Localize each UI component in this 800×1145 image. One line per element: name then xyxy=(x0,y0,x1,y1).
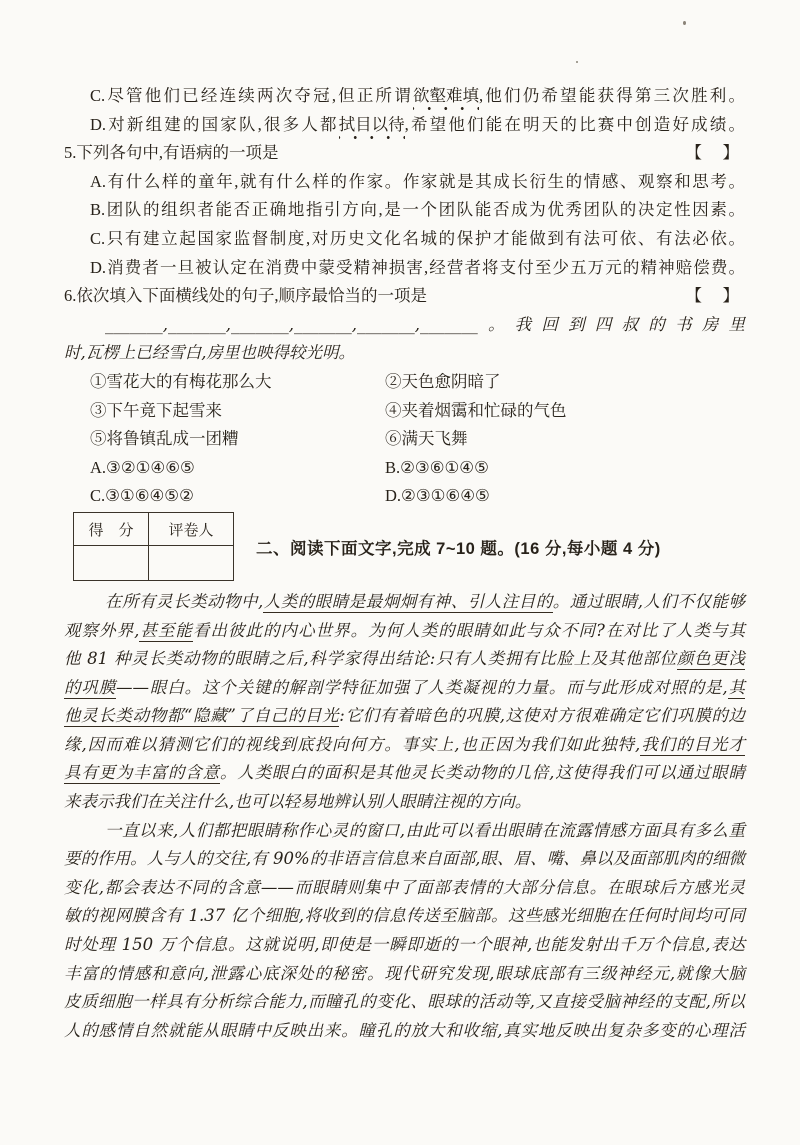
passage-p2-line: 时处理 150 万个信息。这就说明,即使是一瞬即逝的一个眼神,也能发射出千万个信… xyxy=(64,931,745,960)
choice-c: C.③①⑥④⑤② xyxy=(90,482,385,511)
question-6-choices-row-2: C.③①⑥④⑤② D.②③①⑥④⑤ xyxy=(64,482,745,511)
text-segment: 看出彼此的内心世界。为何人类的眼睛如此与众不同?在对比了人类与其 xyxy=(193,621,745,640)
passage-p2-line: 变化,都会表达不同的含意——而眼睛则集中了面部表情的大部分信息。在眼球后方感光灵 xyxy=(64,874,745,903)
reading-passage: 在所有灵长类动物中,人类的眼睛是最炯炯有神、引人注目的。通过眼睛,人们不仅能够 … xyxy=(64,588,745,1046)
text-segment: 。通过眼睛,人们不仅能够 xyxy=(553,592,745,611)
question-5-stem: 5.下列各句中,有语病的一项是 【 】 xyxy=(64,139,745,168)
passage-p2-line: 丰富的情感和意向,泄露心底深处的秘密。现代研究发现,眼球底部有三级神经元,就像大… xyxy=(64,960,745,989)
question-6-items-row-2: ③下午竟下起雪来 ④夹着烟霭和忙碌的气色 xyxy=(64,397,745,426)
text-segment: ——眼白。这个关键的解剖学特征加强了人类凝视的力量。而与此形成对照的是, xyxy=(116,678,728,697)
text-segment: 颜色更浅 xyxy=(677,649,745,670)
question-5-option-c: C.只有建立起国家监督制度,对历史文化名城的保护才能做到有法可依、有法必依。 xyxy=(64,225,745,254)
text-segment: 在所有灵长类动物中, xyxy=(105,592,263,611)
text-segment: ,他们仍希望能获得第三次胜利。 xyxy=(479,86,745,105)
sentence-item-1: ①雪花大的有梅花那么大 xyxy=(90,368,385,397)
score-box: 得 分 评卷人 xyxy=(73,512,234,581)
score-box-score-cell xyxy=(74,546,149,581)
text-segment: 人类的眼睛是最炯炯有神、引人注目的 xyxy=(263,592,553,613)
question-5-option-b: B.团队的组织者能否正确地指引方向,是一个团队能否成为优秀团队的决定性因素。 xyxy=(64,196,745,225)
sentence-item-6: ⑥满天飞舞 xyxy=(385,425,745,454)
text-segment: 他 81 种灵长类动物的眼睛之后,科学家得出结论:只有人类拥有比脸上及其他部位 xyxy=(64,649,677,668)
text-segment: 敏的视网膜含有 1.37 亿个细胞,将收到的信息传送至脑部。这些感光细胞在任何时… xyxy=(64,906,745,925)
question-5-stem-text: 5.下列各句中,有语病的一项是 xyxy=(64,143,279,162)
passage-p2-line: 要的作用。人与人的交往,有 90%的非语言信息来自面部,眼、眉、嘴、鼻以及面部肌… xyxy=(64,845,745,874)
passage-p1-line: 来表示我们在关注什么,也可以轻易地辨认别人眼睛注视的方向。 xyxy=(64,788,745,817)
section-2-header-row: 得 分 评卷人 二、阅读下面文字,完成 7~10 题。(16 分,每小题 4 分… xyxy=(64,513,745,581)
text-segment: 变化,都会表达不同的含意——而眼睛则集中了面部表情的大部分信息。在眼球后方感光灵 xyxy=(64,878,745,897)
passage-p2-line: 敏的视网膜含有 1.37 亿个细胞,将收到的信息传送至脑部。这些感光细胞在任何时… xyxy=(64,902,745,931)
question-6-passage-line-2: 时,瓦楞上已经雪白,房里也映得较光明。 xyxy=(64,339,745,368)
text-segment: 缘,因而难以猜测它们的视线到底投向何方。事实上,也正因为我们如此独特, xyxy=(64,735,640,754)
text-segment: 来表示我们在关注什么,也可以轻易地辨认别人眼睛注视的方向。 xyxy=(64,792,531,811)
text-segment: 其 xyxy=(728,678,745,699)
choice-a: A.③②①④⑥⑤ xyxy=(90,454,385,483)
page-content: C.尽管他们已经连续两次夺冠,但正所谓欲壑难填,他们仍希望能获得第三次胜利。 D… xyxy=(64,82,745,1045)
text-segment: ,希望他们能在明天的比赛中创造好成绩。 xyxy=(405,115,745,134)
passage-p1-line: 他 81 种灵长类动物的眼睛之后,科学家得出结论:只有人类拥有比脸上及其他部位颜… xyxy=(64,645,745,674)
question-6-passage-line-1: _______,_______,_______,_______,_______,… xyxy=(64,311,745,340)
question-6-choices-row-1: A.③②①④⑥⑤ B.②③⑥①④⑤ xyxy=(64,454,745,483)
passage-p2-line: 一直以来,人们都把眼睛称作心灵的窗口,由此可以看出眼睛在流露情感方面具有多么重 xyxy=(64,817,745,846)
text-segment: 一直以来,人们都把眼睛称作心灵的窗口,由此可以看出眼睛在流露情感方面具有多么重 xyxy=(105,821,745,840)
text-segment: 皮质细胞一样具有分析综合能力,而瞳孔的变化、眼球的活动等,又直接受脑神经的支配,… xyxy=(64,992,745,1011)
text-segment: 要的作用。人与人的交往,有 90%的非语言信息来自面部,眼、眉、嘴、鼻以及面部肌… xyxy=(64,849,745,868)
sentence-item-4: ④夹着烟霭和忙碌的气色 xyxy=(385,397,745,426)
text-segment: 他灵长类动物都“隐藏”了自己的目光 xyxy=(64,706,339,727)
text-segment: 人的感情自然就能从眼睛中反映出来。瞳孔的放大和收缩,真实地反映出复杂多变的心理活 xyxy=(64,1021,745,1040)
text-segment: 时处理 150 万个信息。这就说明,即使是一瞬即逝的一个眼神,也能发射出千万个信… xyxy=(64,935,745,954)
text-segment: 拭目以待 xyxy=(339,111,405,140)
passage-p1-line: 缘,因而难以猜测它们的视线到底投向何方。事实上,也正因为我们如此独特,我们的目光… xyxy=(64,731,745,760)
text-segment: 。人类眼白的面积是其他灵长类动物的几倍,这使得我们可以通过眼睛 xyxy=(220,763,745,782)
answer-bracket: 【 】 xyxy=(686,139,742,168)
passage-p1-line: 具有更为丰富的含意。人类眼白的面积是其他灵长类动物的几倍,这使得我们可以通过眼睛 xyxy=(64,759,745,788)
answer-bracket: 【 】 xyxy=(686,282,742,311)
score-box-grader-cell xyxy=(149,546,234,581)
text-segment: 丰富的情感和意向,泄露心底深处的秘密。现代研究发现,眼球底部有三级神经元,就像大… xyxy=(64,964,745,983)
passage-p1-line: 观察外界,甚至能看出彼此的内心世界。为何人类的眼睛如此与众不同?在对比了人类与其 xyxy=(64,617,745,646)
scan-speck xyxy=(576,61,578,63)
passage-p1-line: 他灵长类动物都“隐藏”了自己的目光:它们有着暗色的巩膜,这使对方很难确定它们巩膜… xyxy=(64,702,745,731)
sentence-item-2: ②天色愈阴暗了 xyxy=(385,368,745,397)
choice-b: B.②③⑥①④⑤ xyxy=(385,454,745,483)
question-6-items-row-3: ⑤将鲁镇乱成一团糟 ⑥满天飞舞 xyxy=(64,425,745,454)
question-5-option-a: A.有什么样的童年,就有什么样的作家。作家就是其成长衍生的情感、观察和思考。 xyxy=(64,168,745,197)
passage-p1-line: 在所有灵长类动物中,人类的眼睛是最炯炯有神、引人注目的。通过眼睛,人们不仅能够 xyxy=(64,588,745,617)
score-box-score-label: 得 分 xyxy=(74,513,149,546)
choice-d: D.②③①⑥④⑤ xyxy=(385,482,745,511)
question-5-option-d: D.消费者一旦被认定在消费中蒙受精神损害,经营者将支付至少五万元的精神赔偿费。 xyxy=(64,254,745,283)
sentence-item-3: ③下午竟下起雪来 xyxy=(90,397,385,426)
exam-paper-page: C.尽管他们已经连续两次夺冠,但正所谓欲壑难填,他们仍希望能获得第三次胜利。 D… xyxy=(0,0,800,1145)
passage-p2-line: 人的感情自然就能从眼睛中反映出来。瞳孔的放大和收缩,真实地反映出复杂多变的心理活 xyxy=(64,1017,745,1046)
text-segment: 我们的目光才 xyxy=(640,735,745,756)
text-segment: 甚至能 xyxy=(139,621,193,642)
question-6-stem-text: 6.依次填入下面横线处的句子,顺序最恰当的一项是 xyxy=(64,286,427,305)
text-segment: 的巩膜 xyxy=(64,678,116,699)
text-segment: 欲壑难填 xyxy=(413,82,479,111)
text-segment: 具有更为丰富的含意 xyxy=(64,763,220,784)
text-segment: 观察外界, xyxy=(64,621,139,640)
text-segment: :它们有着暗色的巩膜,这使对方很难确定它们巩膜的边 xyxy=(339,706,745,725)
question-6-stem: 6.依次填入下面横线处的句子,顺序最恰当的一项是 【 】 xyxy=(64,282,745,311)
question-4-option-d: D.对新组建的国家队,很多人都拭目以待,希望他们能在明天的比赛中创造好成绩。 xyxy=(64,111,745,140)
question-6-items-row-1: ①雪花大的有梅花那么大 ②天色愈阴暗了 xyxy=(64,368,745,397)
text-segment: D.对新组建的国家队,很多人都 xyxy=(90,115,339,134)
question-4-option-c: C.尽管他们已经连续两次夺冠,但正所谓欲壑难填,他们仍希望能获得第三次胜利。 xyxy=(64,82,745,111)
scan-speck xyxy=(683,21,686,25)
score-box-grader-label: 评卷人 xyxy=(149,513,234,546)
text-segment: C.尽管他们已经连续两次夺冠,但正所谓 xyxy=(90,86,413,105)
passage-p1-line: 的巩膜——眼白。这个关键的解剖学特征加强了人类凝视的力量。而与此形成对照的是,其 xyxy=(64,674,745,703)
section-2-heading: 二、阅读下面文字,完成 7~10 题。(16 分,每小题 4 分) xyxy=(256,535,661,559)
sentence-item-5: ⑤将鲁镇乱成一团糟 xyxy=(90,425,385,454)
passage-p2-line: 皮质细胞一样具有分析综合能力,而瞳孔的变化、眼球的活动等,又直接受脑神经的支配,… xyxy=(64,988,745,1017)
